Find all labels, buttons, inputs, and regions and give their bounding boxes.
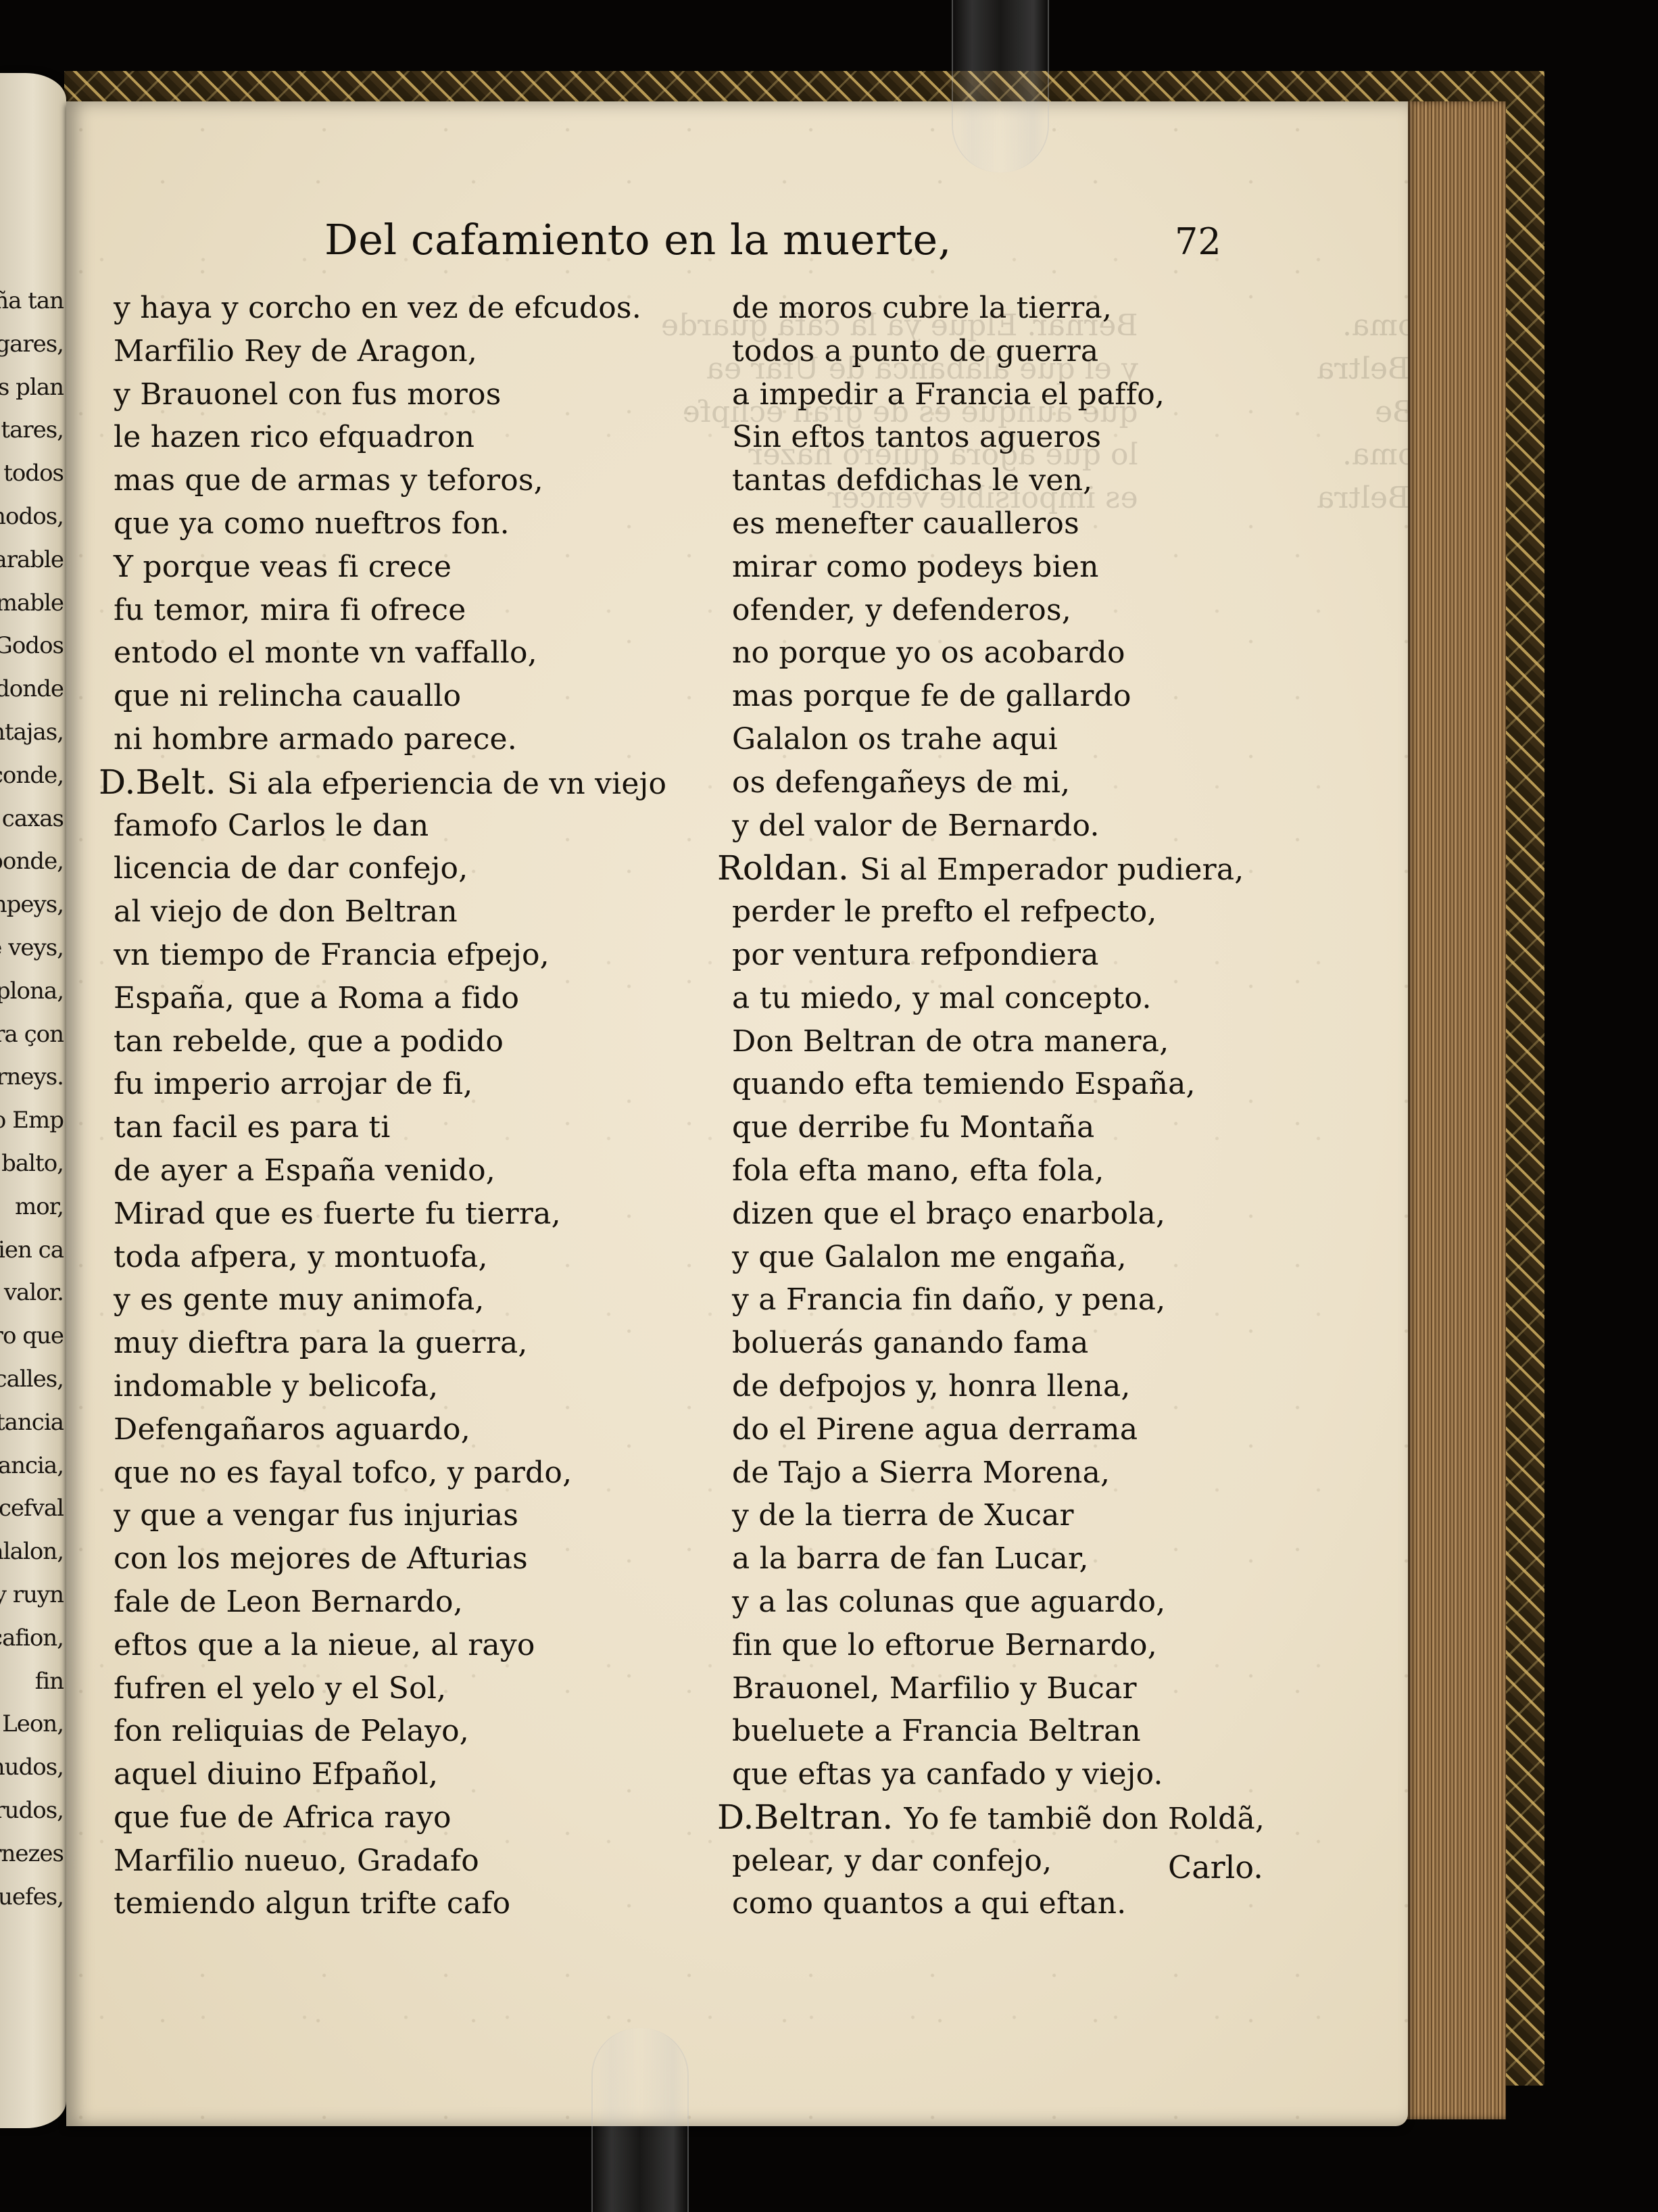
previous-page-line-fragment: y Roncefval [0, 1497, 64, 1520]
verse-line: y haya y corcho en vez de efcudos. [114, 287, 666, 330]
verse-text: fu temor, mira fi ofrece [114, 593, 466, 627]
verse-line: fu temor, mira fi ofrece [114, 589, 666, 632]
verse-text: no porque yo os acobardo [732, 635, 1125, 670]
previous-page-line-fragment: azaña tan [0, 289, 64, 312]
verse-line: y que a vengar fus injurias [114, 1494, 666, 1537]
previous-page-strip: azaña tangares,ertes plantares,e todosri… [0, 73, 66, 2128]
glass-page-clip-top [952, 0, 1049, 172]
verse-text: tantas defdichas le ven, [732, 463, 1092, 498]
verse-text: Don Beltran de otra manera, [732, 1024, 1169, 1059]
verse-text: toda afpera, y montuofa, [114, 1240, 488, 1274]
verse-line: y de la tierra de Xucar [732, 1494, 1265, 1537]
verse-line: fu imperio arrojar de fi, [114, 1063, 666, 1106]
verse-text: do el Pirene agua derrama [732, 1412, 1138, 1447]
previous-page-line-fragment: de Francia, [0, 1454, 64, 1477]
verse-line: y es gente muy animofa, [114, 1278, 666, 1322]
verse-text: de defpojos y, honra llena, [732, 1369, 1131, 1403]
verse-text: y que Galalon me engaña, [732, 1240, 1127, 1274]
speaker-line: D.Beltran. Yo fe tambiẽ don Roldã, [717, 1796, 1265, 1840]
previous-page-line-fragment: os le veys, [0, 936, 64, 959]
bleed-through-text-right: Carloma.Don Beltradon BeCarloma.Don Belt… [1317, 304, 1408, 520]
left-text-column: y haya y corcho en vez de efcudos.Marfil… [114, 287, 666, 1925]
verse-line: Marfilio Rey de Aragon, [114, 330, 666, 373]
verse-line: que eftas ya canfado y viejo. [732, 1753, 1265, 1796]
verse-line: que no es fayal tofco, y pardo, [114, 1451, 666, 1495]
verse-line: de Tajo a Sierra Morena, [732, 1451, 1265, 1495]
verse-text: ni hombre armado parece. [114, 722, 517, 756]
verse-line: y que Galalon me engaña, [732, 1236, 1265, 1279]
verse-text: a la barra de fan Lucar, [732, 1541, 1089, 1576]
verse-text: que fue de Africa rayo [114, 1800, 452, 1835]
previous-page-line-fragment: ne diftancia [0, 1411, 64, 1434]
verse-line: fin que lo eftorue Bernardo, [732, 1624, 1265, 1667]
verse-text: bueluete a Francia Beltran [732, 1714, 1141, 1748]
previous-page-line-fragment: fin [35, 1670, 64, 1693]
right-text-column: de moros cubre la tierra,todos a punto d… [732, 287, 1265, 1925]
previous-page-line-fragment: ventajas, [0, 721, 64, 744]
catchword: Carlo. [1168, 1849, 1263, 1885]
previous-page-line-fragment: ios arnezes [0, 1842, 64, 1865]
verse-text: fu imperio arrojar de fi, [114, 1067, 472, 1101]
verse-line: ni hombre armado parece. [114, 718, 666, 761]
verse-text: fale de Leon Bernardo, [114, 1585, 463, 1619]
verse-text: fon reliquias de Pelayo, [114, 1714, 469, 1748]
verse-line: a la barra de fan Lucar, [732, 1537, 1265, 1581]
glass-page-clip-bottom [591, 2028, 689, 2212]
verse-line: do el Pirene agua derrama [732, 1408, 1265, 1451]
previous-page-line-fragment: ña porneys. [0, 1065, 64, 1088]
verse-line: que fue de Africa rayo [114, 1796, 666, 1840]
verse-line: os defengañeys de mi, [732, 761, 1265, 804]
verse-text: dizen que el braço enarbola, [732, 1197, 1165, 1231]
verse-line: entodo el monte vn vaffallo, [114, 631, 666, 675]
verse-text: que ni relincha cauallo [114, 679, 461, 713]
verse-text: y a las colunas que aguardo, [732, 1585, 1165, 1619]
verse-line: que ya como nueftros fon. [114, 502, 666, 546]
previous-page-line-fragment: s, rudos, [0, 1799, 64, 1822]
verse-line: y del valor de Bernardo. [732, 804, 1265, 848]
verse-text: Sin eftos tantos agueros [732, 420, 1101, 454]
verse-line: fon reliquias de Pelayo, [114, 1710, 666, 1753]
verse-line: temiendo algun trifte cafo [114, 1882, 666, 1925]
previous-page-line-fragment: mplona, [0, 980, 64, 1003]
verse-text: y que a vengar fus injurias [114, 1498, 518, 1533]
verse-line: mas porque fe de gallardo [732, 675, 1265, 718]
previous-page-line-fragment: cora çon [0, 1023, 64, 1046]
verse-line: vn tiempo de Francia efpejo, [114, 934, 666, 977]
previous-page-line-fragment: e todos [0, 462, 64, 485]
verse-text: le hazen rico efquadron [114, 420, 474, 454]
speaker-name: D.Belt. [99, 763, 227, 802]
verse-line: le hazen rico efquadron [114, 416, 666, 459]
verse-line: que ni relincha cauallo [114, 675, 666, 718]
verse-line: tantas defdichas le ven, [732, 459, 1265, 502]
verse-text: y del valor de Bernardo. [732, 809, 1100, 843]
verse-text: fufren el yelo y el Sol, [114, 1671, 446, 1706]
verse-text: mas que de armas y teforos, [114, 463, 543, 498]
verse-text: Brauonel, Marfilio y Bucar [732, 1671, 1137, 1706]
verse-line: de defpojos y, honra llena, [732, 1365, 1265, 1408]
verse-text: que eftas ya canfado y viejo. [732, 1757, 1163, 1792]
previous-page-line-fragment: nta Galalon, [0, 1540, 64, 1563]
previous-page-line-fragment: pauefes, [0, 1885, 64, 1908]
verse-line: quando efta temiendo España, [732, 1063, 1265, 1106]
verse-line: dizen que el braço enarbola, [732, 1193, 1265, 1236]
verse-line: por ventura refpondiera [732, 934, 1265, 977]
verse-line: eftos que a la nieue, al rayo [114, 1624, 666, 1667]
verse-text: y Brauonel con fus moros [114, 377, 501, 412]
previous-page-line-fragment: tares, [1, 418, 64, 441]
verse-line: que derribe fu Montaña [732, 1106, 1265, 1149]
previous-page-line-fragment: tambien ca [0, 1239, 64, 1261]
verse-text: a impedir a Francia el paffo, [732, 377, 1165, 412]
verse-text: perder le prefto el refpecto, [732, 894, 1157, 929]
previous-page-line-fragment: y ruyn [0, 1583, 64, 1606]
previous-page-line-fragment: ertes plan [0, 376, 64, 399]
previous-page-line-fragment: las caxas [0, 807, 64, 830]
verse-line: Marfilio nueuo, Gradafo [114, 1840, 666, 1883]
verse-line: boluerás ganando fama [732, 1322, 1265, 1365]
verse-line: Brauonel, Marfilio y Bucar [732, 1667, 1265, 1710]
verse-text: Yo fe tambiẽ don Roldã, [904, 1802, 1265, 1836]
verse-line: y a las colunas que aguardo, [732, 1581, 1265, 1624]
verse-line: a tu miedo, y mal concepto. [732, 977, 1265, 1020]
previous-page-line-fragment: ertas calles, [0, 1368, 64, 1391]
page: Bernar. Elque ya la cafa guardey el que … [66, 101, 1408, 2126]
verse-text: como quantos a qui eftan. [732, 1886, 1127, 1921]
verse-line: licencia de dar confejo, [114, 847, 666, 890]
gilt-fore-edge [1405, 101, 1506, 2119]
verse-text: Marfilio Rey de Aragon, [114, 334, 477, 368]
verse-line: es menefter caualleros [732, 502, 1265, 546]
verse-text: España, que a Roma a fido [114, 981, 519, 1015]
verse-text: ofender, y defenderos, [732, 593, 1071, 627]
verse-text: vn tiempo de Francia efpejo, [114, 938, 550, 972]
previous-page-line-fragment: gares, [0, 333, 64, 356]
verse-text: Galalon os trahe aqui [732, 722, 1058, 756]
verse-line: Mirad que es fuerte fu tierra, [114, 1193, 666, 1236]
verse-line: aquel diuino Efpañol, [114, 1753, 666, 1796]
verse-text: pelear, y dar confejo, [732, 1844, 1052, 1878]
previous-page-line-fragment: Leon, [2, 1712, 64, 1735]
verse-text: entodo el monte vn vaffallo, [114, 635, 537, 670]
verse-text: que ya como nueftros fon. [114, 506, 510, 541]
verse-line: Don Beltran de otra manera, [732, 1020, 1265, 1063]
verse-text: y haya y corcho en vez de efcudos. [114, 291, 641, 325]
verse-line: fufren el yelo y el Sol, [114, 1667, 666, 1710]
previous-page-line-fragment: que balto, [0, 1152, 64, 1175]
verse-line: Y porque veas fi crece [114, 546, 666, 589]
verse-line: de ayer a España venido, [114, 1149, 666, 1193]
verse-line: fale de Leon Bernardo, [114, 1581, 666, 1624]
verse-text: os defengañeys de mi, [732, 765, 1070, 800]
verse-line: fola efta mano, efta fola, [732, 1149, 1265, 1193]
verse-line: a impedir a Francia el paffo, [732, 373, 1265, 416]
verse-line: mas que de armas y teforos, [114, 459, 666, 502]
verse-text: y de la tierra de Xucar [732, 1498, 1074, 1533]
verse-text: indomable y belicofa, [114, 1369, 438, 1403]
verse-line: con los mejores de Afturias [114, 1537, 666, 1581]
verse-text: aquel diuino Efpañol, [114, 1757, 438, 1792]
previous-page-line-fragment: rompeys, [0, 893, 64, 916]
verse-text: boluerás ganando fama [732, 1326, 1089, 1360]
verse-text: y a Francia fin daño, y pena, [732, 1282, 1165, 1317]
verse-text: que no es fayal tofco, y pardo, [114, 1456, 572, 1490]
verse-text: eftos que a la nieue, al rayo [114, 1628, 535, 1662]
previous-page-line-fragment: rios modos, [0, 505, 64, 528]
verse-line: muy dieftra para la guerra, [114, 1322, 666, 1365]
previous-page-line-fragment: tes Godos [0, 634, 64, 657]
verse-text: mirar como podeys bien [732, 550, 1099, 584]
verse-text: Marfilio nueuo, Gradafo [114, 1844, 479, 1878]
verse-text: fola efta mano, efta fola, [732, 1153, 1104, 1188]
verse-line: bueluete a Francia Beltran [732, 1710, 1265, 1753]
verse-text: Mirad que es fuerte fu tierra, [114, 1197, 561, 1231]
verse-text: de moros cubre la tierra, [732, 291, 1112, 325]
verse-line: no porque yo os acobardo [732, 631, 1265, 675]
verse-text: por ventura refpondiera [732, 938, 1099, 972]
verse-line: tan facil es para ti [114, 1106, 666, 1149]
previous-page-line-fragment: parable [0, 548, 64, 571]
verse-text: tan facil es para ti [114, 1110, 391, 1145]
verse-text: Y porque veas fi crece [114, 550, 452, 584]
verse-text: todos a punto de guerra [732, 334, 1098, 368]
verse-text: tan rebelde, que a podido [114, 1024, 504, 1059]
verse-line: tan rebelde, que a podido [114, 1020, 666, 1063]
verse-line: toda afpera, y montuofa, [114, 1236, 666, 1279]
verse-line: perder le prefto el refpecto, [732, 890, 1265, 934]
speaker-line: Roldan. Si al Emperador pudiera, [717, 847, 1265, 890]
verse-text: temiendo algun trifte cafo [114, 1886, 510, 1921]
verse-text: con los mejores de Afturias [114, 1541, 528, 1576]
verse-line: todos a punto de guerra [732, 330, 1265, 373]
verse-line: famofo Carlos le dan [114, 804, 666, 848]
verse-text: y es gente muy animofa, [114, 1282, 485, 1317]
verse-text: fin que lo eftorue Bernardo, [732, 1628, 1157, 1662]
verse-line: Galalon os trahe aqui [732, 718, 1265, 761]
verse-text: Si ala efperiencia de vn viejo [227, 767, 666, 801]
running-head: Del cafamiento en la muerte, [324, 215, 952, 264]
verse-line: ofender, y defenderos, [732, 589, 1265, 632]
verse-text: mas porque fe de gallardo [732, 679, 1131, 713]
verse-line: España, que a Roma a fido [114, 977, 666, 1020]
verse-text: quando efta temiendo España, [732, 1067, 1196, 1101]
verse-line: Sin eftos tantos agueros [732, 416, 1265, 459]
speaker-name: D.Beltran. [717, 1798, 904, 1837]
verse-line: como quantos a qui eftan. [732, 1882, 1265, 1925]
verse-line: Defengañaros aguardo, [114, 1408, 666, 1451]
previous-page-line-fragment: fe esconde, [0, 764, 64, 787]
verse-text: a tu miedo, y mal concepto. [732, 981, 1152, 1015]
verse-line: al viejo de don Beltran [114, 890, 666, 934]
previous-page-line-fragment: valor. [4, 1281, 64, 1304]
verse-text: de Tajo a Sierra Morena, [732, 1456, 1110, 1490]
verse-line: de moros cubre la tierra, [732, 287, 1265, 330]
verse-text: licencia de dar confejo, [114, 851, 468, 886]
previous-page-line-fragment: defnudos, [0, 1756, 64, 1779]
verse-line: mirar como podeys bien [732, 546, 1265, 589]
verse-text: de ayer a España venido, [114, 1153, 495, 1188]
previous-page-line-fragment: mor, [15, 1195, 64, 1218]
verse-text: Si al Emperador pudiera, [860, 852, 1244, 887]
verse-text: al viejo de don Beltran [114, 894, 458, 929]
verse-line: y Brauonel con fus moros [114, 373, 666, 416]
verse-text: famofo Carlos le dan [114, 809, 429, 843]
verse-text: Defengañaros aguardo, [114, 1412, 470, 1447]
previous-page-line-fragment: les donde [0, 677, 64, 700]
previous-page-line-fragment: e feguro que [0, 1324, 64, 1347]
previous-page-line-fragment: s refponde, [0, 850, 64, 873]
verse-line: indomable y belicofa, [114, 1365, 666, 1408]
verse-line: y a Francia fin daño, y pena, [732, 1278, 1265, 1322]
previous-page-line-fragment: domable [0, 592, 64, 615]
previous-page-line-fragment: uicto Emp [0, 1109, 64, 1132]
speaker-line: D.Belt. Si ala efperiencia de vn viejo [99, 761, 666, 804]
page-number: 72 [1175, 220, 1221, 263]
verse-text: es menefter caualleros [732, 506, 1079, 541]
verse-text: muy dieftra para la guerra, [114, 1326, 528, 1360]
previous-page-line-fragment: ocafion, [0, 1627, 64, 1650]
speaker-name: Roldan. [717, 848, 860, 888]
verse-text: que derribe fu Montaña [732, 1110, 1094, 1145]
